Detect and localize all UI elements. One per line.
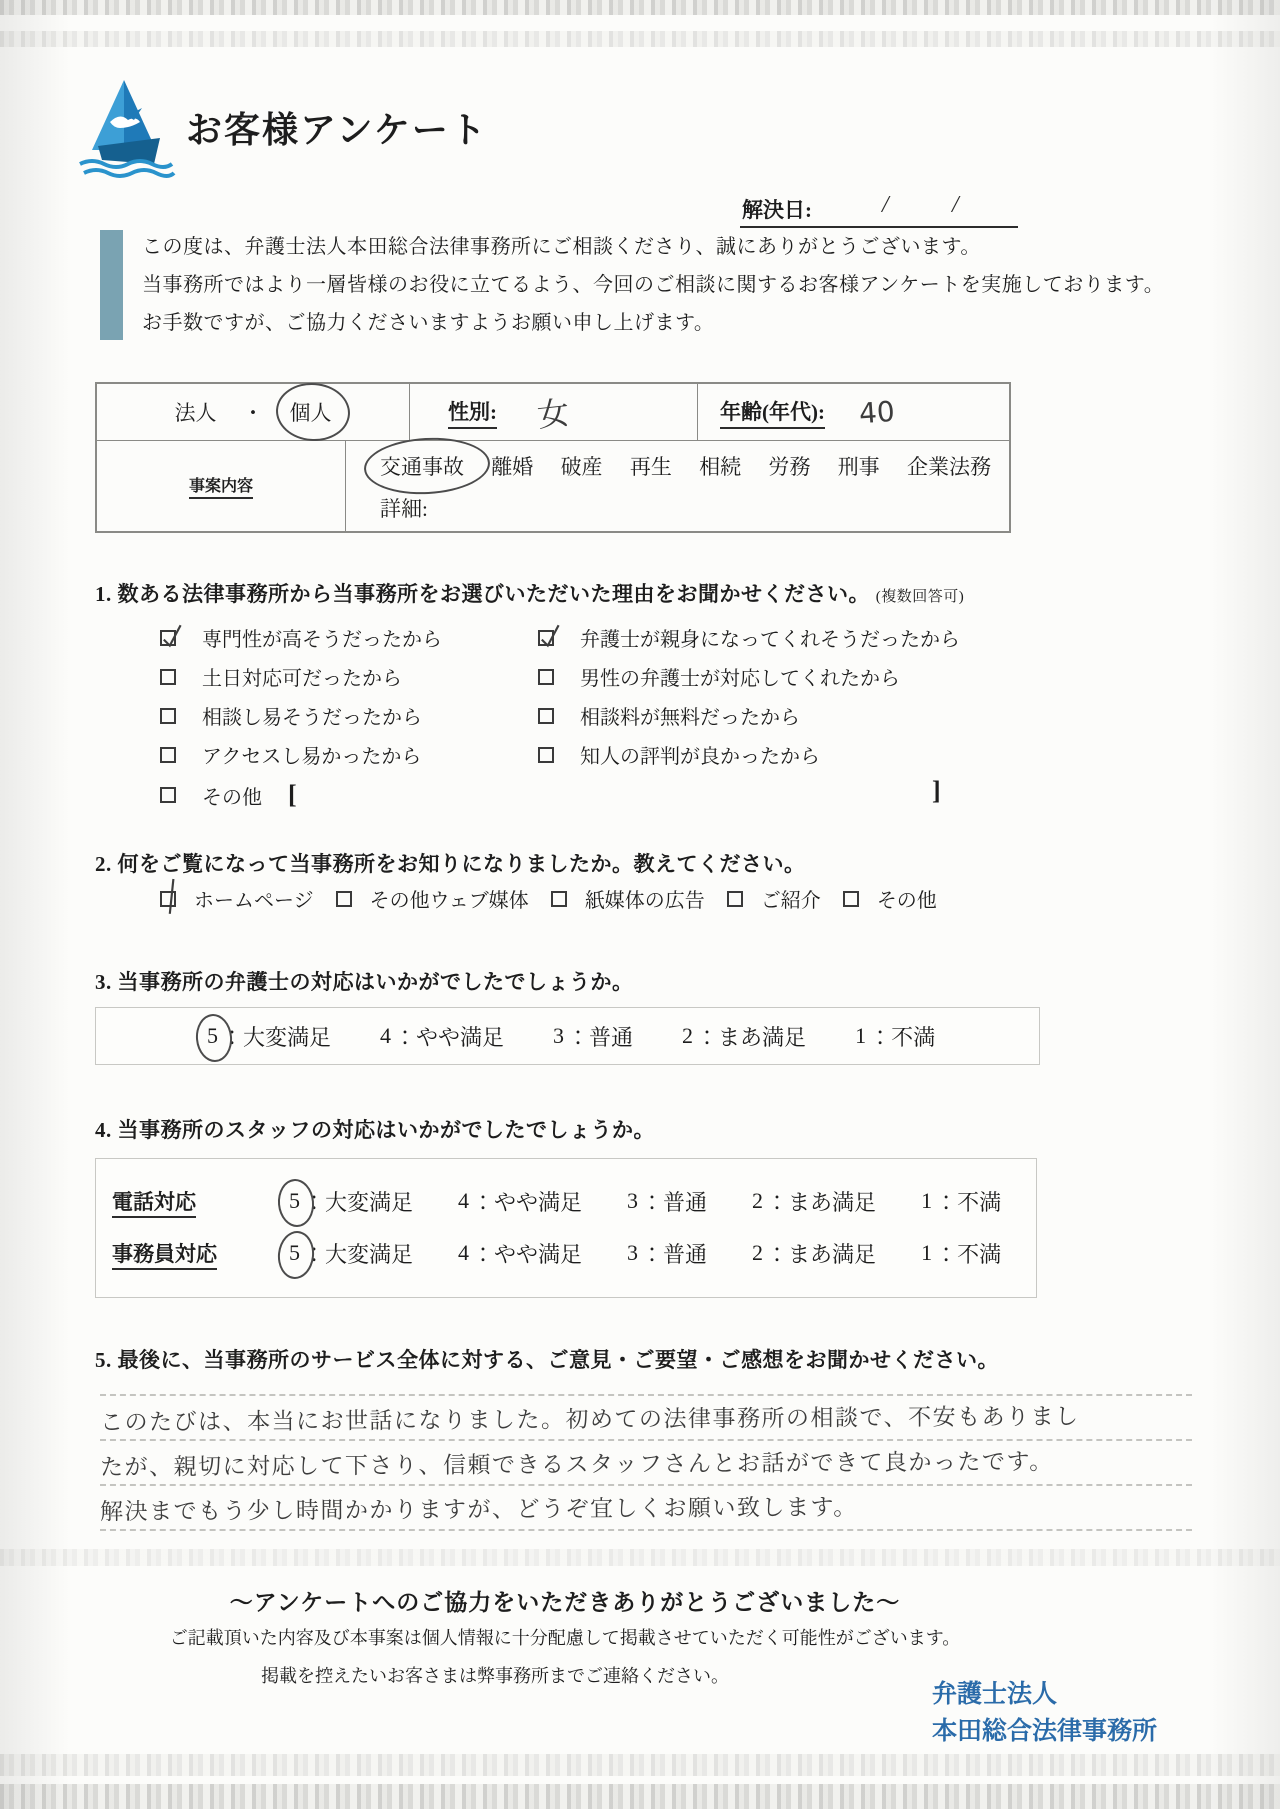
question-2-number: 2. bbox=[95, 852, 112, 876]
case-type-options-cell: 交通事故 離婚 破産 再生 相続 労務 刑事 企業法務 詳細: bbox=[346, 441, 1009, 531]
rating-number[interactable]: 4 bbox=[377, 1023, 394, 1049]
checkbox-unchecked[interactable] bbox=[538, 708, 554, 724]
entity-type-cell: 法人 ・ 個人 bbox=[97, 384, 410, 440]
question-3-heading: 3. 当事務所の弁護士の対応はいかがでしたでしょうか。 bbox=[95, 966, 634, 996]
rating-label: ：大変満足 bbox=[303, 1186, 413, 1217]
question-1-options: 専門性が高そうだったから 弁護士が親身になってくれそうだったから 土日対応可だっ… bbox=[160, 618, 1010, 816]
rating-option-2: 2 ：まあ満足 bbox=[679, 1021, 806, 1052]
thanks-message: 〜アンケートへのご協力をいただきありがとうございました〜 bbox=[0, 1584, 1130, 1617]
question-3-rating-box: 5 ：大変満足 4 ：やや満足 3 ：普通 2 ：まあ満足 1 ：不満 bbox=[95, 1007, 1040, 1065]
intro-accent-bar bbox=[100, 230, 123, 340]
rating-number[interactable]: 1 bbox=[918, 1188, 935, 1214]
q2-option: ご紹介 bbox=[727, 884, 821, 913]
other-bracket-open: [ bbox=[288, 780, 297, 810]
rating-number-selected[interactable]: 5 bbox=[286, 1240, 303, 1266]
rating-label: ：普通 bbox=[567, 1021, 633, 1052]
checkbox-checked[interactable] bbox=[538, 630, 554, 646]
law-firm-sailboat-logo bbox=[72, 76, 177, 180]
q1-option: 男性の弁護士が対応してくれたから bbox=[538, 662, 1010, 691]
checkbox-unchecked[interactable] bbox=[336, 891, 352, 907]
rating-option-2: 2 ：まあ満足 bbox=[749, 1186, 876, 1217]
age-cell: 年齢(年代): 40 bbox=[698, 384, 1009, 440]
comment-area[interactable]: このたびは、本当にお世話になりました。初めての法律事務所の相談で、不安もありまし… bbox=[100, 1394, 1192, 1531]
q2-option: 紙媒体の広告 bbox=[551, 884, 705, 913]
q1-option-other: その他 [ ] bbox=[160, 774, 1010, 816]
privacy-note-2: 掲載を控えたいお客さまは弊事務所までご連絡ください。 bbox=[0, 1662, 990, 1688]
rating-number[interactable]: 2 bbox=[749, 1188, 766, 1214]
q1-option: 知人の評判が良かったから bbox=[538, 740, 1010, 769]
checkbox-unchecked[interactable] bbox=[160, 747, 176, 763]
question-5-number: 5. bbox=[95, 1348, 112, 1372]
rating-number[interactable]: 3 bbox=[550, 1023, 567, 1049]
age-handwritten-value[interactable]: 40 bbox=[858, 394, 896, 429]
entity-option-corporate[interactable]: 法人 bbox=[175, 397, 217, 427]
checkbox-unchecked[interactable] bbox=[160, 708, 176, 724]
q4-row-phone: 電話対応 5 ：大変満足 4 ：やや満足 3 ：普通 bbox=[112, 1175, 1036, 1227]
rating-number[interactable]: 1 bbox=[852, 1023, 869, 1049]
checkbox-unchecked[interactable] bbox=[538, 747, 554, 763]
case-option-corporate-law[interactable]: 企業法務 bbox=[907, 451, 991, 481]
rating-number[interactable]: 1 bbox=[918, 1240, 935, 1266]
rating-option-3: 3 ：普通 bbox=[624, 1186, 707, 1217]
page-title: お客様アンケート bbox=[186, 102, 488, 153]
question-1-heading: 1. 数ある法律事務所から当事務所をお選びいただいた理由をお聞かせください。 (… bbox=[95, 578, 964, 608]
rating-option-5: 5 ：大変満足 bbox=[286, 1238, 413, 1269]
rating-option-4: 4 ：やや満足 bbox=[455, 1186, 582, 1217]
resolution-date-field[interactable]: 解決日: / / bbox=[740, 192, 1018, 228]
checkbox-checked[interactable] bbox=[160, 630, 176, 646]
q2-option: その他 bbox=[843, 884, 937, 913]
profile-row-2: 事案内容 交通事故 離婚 破産 再生 相続 労務 刑事 企業法務 詳細: bbox=[97, 441, 1009, 531]
rating-label: ：まあ満足 bbox=[766, 1186, 876, 1217]
q2-option: ホームページ bbox=[160, 884, 314, 913]
rating-label: ：まあ満足 bbox=[766, 1238, 876, 1269]
rating-option-5: 5 ：大変満足 bbox=[286, 1186, 413, 1217]
gender-handwritten-value[interactable]: 女 bbox=[535, 387, 572, 436]
q1-option: アクセスし易かったから bbox=[160, 740, 538, 769]
case-option-inheritance[interactable]: 相続 bbox=[699, 451, 741, 481]
rating-number[interactable]: 4 bbox=[455, 1240, 472, 1266]
case-type-label: 事案内容 bbox=[189, 473, 253, 499]
rating-label: ：やや満足 bbox=[472, 1186, 582, 1217]
case-option-rehabilitation[interactable]: 再生 bbox=[630, 451, 672, 481]
rating-option-4: 4 ：やや満足 bbox=[455, 1238, 582, 1269]
scan-artifact-band bbox=[0, 0, 1280, 15]
intro-line: お手数ですが、ご協力くださいますようお願い申し上げます。 bbox=[142, 304, 1192, 342]
checkbox-unchecked[interactable] bbox=[727, 891, 743, 907]
case-option-labor[interactable]: 労務 bbox=[768, 451, 810, 481]
rating-label: ：不満 bbox=[869, 1021, 935, 1052]
question-2-text: 何をご覧になって当事務所をお知りになりましたか。教えてください。 bbox=[118, 852, 806, 876]
checkbox-unchecked[interactable] bbox=[160, 787, 176, 803]
rating-label: ：大変満足 bbox=[303, 1238, 413, 1269]
age-label: 年齢(年代): bbox=[720, 396, 825, 429]
rating-label: ：不満 bbox=[935, 1186, 1001, 1217]
comment-line: 解決までもう少し時間かかりますが、どうぞ宜しくお願い致します。 bbox=[100, 1486, 1192, 1531]
rating-label: ：普通 bbox=[641, 1238, 707, 1269]
gender-cell: 性別: 女 bbox=[410, 384, 698, 440]
case-option-bankruptcy[interactable]: 破産 bbox=[561, 451, 603, 481]
firm-name-block: 弁護士法人 本田総合法律事務所 bbox=[932, 1676, 1157, 1750]
checkbox-unchecked[interactable] bbox=[160, 669, 176, 685]
rating-label: ：やや満足 bbox=[394, 1021, 504, 1052]
date-slash: / bbox=[952, 192, 959, 219]
scan-artifact-band bbox=[0, 1549, 1280, 1566]
case-type-header-cell: 事案内容 bbox=[97, 441, 346, 531]
checkbox-unchecked[interactable] bbox=[551, 891, 567, 907]
client-profile-table: 法人 ・ 個人 性別: 女 年齢(年代): 40 事案内容 bbox=[95, 382, 1011, 533]
intro-line: この度は、弁護士法人本田総合法律事務所にご相談くださり、誠にありがとうございます… bbox=[142, 228, 1192, 266]
rating-option-3: 3 ：普通 bbox=[550, 1021, 633, 1052]
q1-option: 弁護士が親身になってくれそうだったから bbox=[538, 623, 1010, 652]
firm-name-line2: 本田総合法律事務所 bbox=[932, 1713, 1157, 1750]
q1-option: 専門性が高そうだったから bbox=[160, 623, 538, 652]
firm-name-line1: 弁護士法人 bbox=[932, 1676, 1157, 1713]
scan-edge-shadow bbox=[0, 0, 70, 1809]
question-4-heading: 4. 当事務所のスタッフの対応はいかがでしたでしょうか。 bbox=[95, 1114, 655, 1144]
privacy-note-1: ご記載頂いた内容及び本事案は個人情報に十分配慮して掲載させていただく可能性がござ… bbox=[0, 1624, 1130, 1650]
entity-option-individual[interactable]: 個人 bbox=[290, 397, 332, 427]
question-2-heading: 2. 何をご覧になって当事務所をお知りになりましたか。教えてください。 bbox=[95, 848, 806, 878]
question-4-rating-box: 電話対応 5 ：大変満足 4 ：やや満足 3 ：普通 bbox=[95, 1158, 1037, 1298]
q4-row-clerk: 事務員対応 5 ：大変満足 4 ：やや満足 3 ：普通 bbox=[112, 1227, 1036, 1279]
rating-number[interactable]: 2 bbox=[679, 1023, 696, 1049]
date-slash: / bbox=[882, 192, 889, 219]
case-option-traffic-accident[interactable]: 交通事故 bbox=[380, 451, 464, 481]
gender-label: 性別: bbox=[448, 396, 497, 429]
other-bracket-close: ] bbox=[932, 776, 941, 806]
rating-label: ：大変満足 bbox=[221, 1021, 331, 1052]
rating-label: ：やや満足 bbox=[472, 1238, 582, 1269]
question-1-text: 数ある法律事務所から当事務所をお選びいただいた理由をお聞かせください。 bbox=[118, 582, 871, 606]
sailboat-icon bbox=[72, 76, 177, 180]
rating-number-selected[interactable]: 5 bbox=[204, 1023, 221, 1049]
rating-number[interactable]: 4 bbox=[455, 1188, 472, 1214]
check-mark-icon bbox=[537, 622, 561, 650]
case-options-row: 交通事故 離婚 破産 再生 相続 労務 刑事 企業法務 bbox=[380, 451, 1001, 481]
rating-number[interactable]: 3 bbox=[624, 1240, 641, 1266]
question-4-text: 当事務所のスタッフの対応はいかがでしたでしょうか。 bbox=[118, 1118, 656, 1142]
case-option-divorce[interactable]: 離婚 bbox=[491, 451, 533, 481]
rating-option-2: 2 ：まあ満足 bbox=[749, 1238, 876, 1269]
check-mark-icon bbox=[159, 622, 183, 650]
rating-label: ：普通 bbox=[641, 1186, 707, 1217]
question-2-options: ホームページ その他ウェブ媒体 紙媒体の広告 ご紹介 その他 bbox=[160, 884, 1060, 913]
rating-number[interactable]: 2 bbox=[749, 1240, 766, 1266]
rating-option-4: 4 ：やや満足 bbox=[377, 1021, 504, 1052]
case-detail-label: 詳細: bbox=[380, 493, 1001, 523]
question-5-text: 最後に、当事務所のサービス全体に対する、ご意見・ご要望・ご感想をお聞かせください… bbox=[118, 1348, 1000, 1372]
q1-option: 相談し易そうだったから bbox=[160, 701, 538, 730]
checkbox-unchecked[interactable] bbox=[538, 669, 554, 685]
checkbox-unchecked[interactable] bbox=[843, 891, 859, 907]
rating-option-1: 1 ：不満 bbox=[918, 1238, 1001, 1269]
question-1-note: (複数回答可) bbox=[876, 589, 965, 605]
comment-line: たが、親切に対応して下さり、信頼できるスタッフさんとお話ができて良かったです。 bbox=[100, 1441, 1192, 1486]
rating-option-3: 3 ：普通 bbox=[624, 1238, 707, 1269]
q1-option: 相談料が無料だったから bbox=[538, 701, 1010, 730]
rating-label: ：まあ満足 bbox=[696, 1021, 806, 1052]
scanned-survey-page: お客様アンケート 解決日: / / この度は、弁護士法人本田総合法律事務所にご相… bbox=[0, 0, 1280, 1809]
intro-paragraph: この度は、弁護士法人本田総合法律事務所にご相談くださり、誠にありがとうございます… bbox=[142, 228, 1192, 342]
case-option-criminal[interactable]: 刑事 bbox=[838, 451, 880, 481]
scan-artifact-band bbox=[0, 1784, 1280, 1809]
rating-number-selected[interactable]: 5 bbox=[286, 1188, 303, 1214]
scan-edge-shadow bbox=[1210, 0, 1280, 1809]
q2-option: その他ウェブ媒体 bbox=[336, 884, 529, 913]
question-3-number: 3. bbox=[95, 970, 112, 994]
checkbox-checked[interactable] bbox=[160, 891, 176, 907]
entity-separator: ・ bbox=[243, 397, 264, 427]
scan-artifact-band bbox=[0, 1754, 1280, 1776]
rating-option-1: 1 ：不満 bbox=[918, 1186, 1001, 1217]
check-stroke-icon bbox=[159, 883, 183, 911]
q4-row-label: 事務員対応 bbox=[112, 1238, 262, 1268]
rating-number[interactable]: 3 bbox=[624, 1188, 641, 1214]
question-4-number: 4. bbox=[95, 1118, 112, 1142]
comment-line: このたびは、本当にお世話になりました。初めての法律事務所の相談で、不安もありまし bbox=[100, 1396, 1192, 1441]
question-1-number: 1. bbox=[95, 582, 112, 606]
rating-option-1: 1 ：不満 bbox=[852, 1021, 935, 1052]
scan-artifact-band bbox=[0, 31, 1280, 47]
q4-row-label: 電話対応 bbox=[112, 1186, 262, 1216]
resolution-date-label: 解決日: bbox=[742, 194, 812, 224]
question-3-text: 当事務所の弁護士の対応はいかがでしたでしょうか。 bbox=[118, 970, 634, 994]
rating-option-5: 5 ：大変満足 bbox=[204, 1021, 331, 1052]
rating-label: ：不満 bbox=[935, 1238, 1001, 1269]
question-5-heading: 5. 最後に、当事務所のサービス全体に対する、ご意見・ご要望・ご感想をお聞かせく… bbox=[95, 1344, 999, 1374]
profile-row-1: 法人 ・ 個人 性別: 女 年齢(年代): 40 bbox=[97, 384, 1009, 441]
q1-option: 土日対応可だったから bbox=[160, 662, 538, 691]
intro-line: 当事務所ではより一層皆様のお役に立てるよう、今回のご相談に関するお客様アンケート… bbox=[142, 266, 1192, 304]
